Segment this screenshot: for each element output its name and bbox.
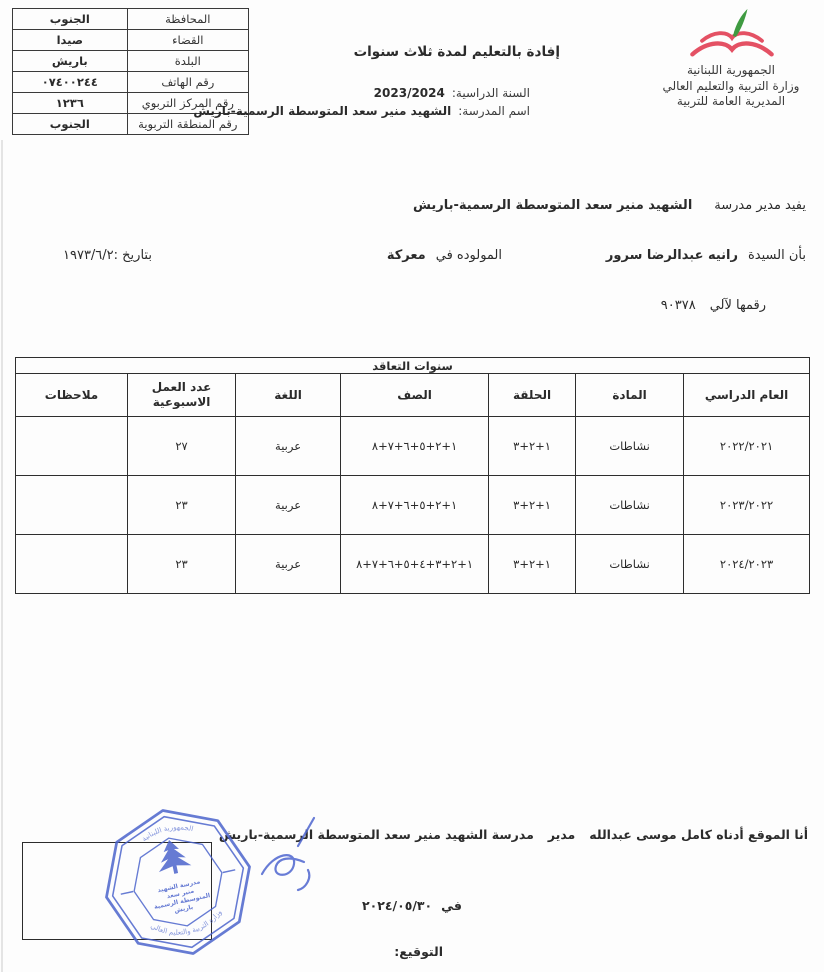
school-name-value: الشهيد منير سعد المتوسطة الرسمية-باريش	[193, 103, 451, 121]
birthplace-segment: المولوده فيمعركة	[387, 248, 502, 263]
automation-number-value: ٩٠٣٧٨	[661, 298, 696, 313]
academic-year-value: 2023/2024	[374, 85, 445, 103]
educational-area-value: الجنوب	[13, 114, 128, 135]
ministry-logo-book-leaf-icon	[688, 6, 776, 64]
table-title: سنوات التعاقد	[16, 358, 810, 374]
cell-language: عربية	[236, 476, 341, 535]
cell-notes	[16, 476, 128, 535]
handwritten-signature	[252, 812, 352, 922]
directorate-line: المديرية العامة للتربية	[640, 94, 822, 110]
cell-class: ١+٢+٣+٤+٥+٦+٧+٨	[341, 535, 489, 594]
signer-prefix: أنا الموقع أدناه كامل موسى عبدالله	[589, 827, 808, 842]
col-class: الصف	[341, 374, 489, 417]
academic-year-label: السنة الدراسية:	[452, 86, 530, 100]
signer-role: مدير	[548, 827, 575, 842]
table-header-row: العام الدراسي المادة الحلقة الصف اللغة ع…	[16, 374, 810, 417]
cell-language: عربية	[236, 535, 341, 594]
scan-artifact-line	[1, 140, 3, 972]
cell-class: ١+٢+٥+٦+٧+٨	[341, 476, 489, 535]
certify-school-name: الشهيد منير سعد المتوسطة الرسمية-باريش	[413, 198, 692, 213]
table-row: ٢٠٢٢/٢٠٢١ نشاطات ١+٢+٣ ١+٢+٥+٦+٧+٨ عربية…	[16, 417, 810, 476]
cell-subject: نشاطات	[576, 417, 684, 476]
cell-class: ١+٢+٥+٦+٧+٨	[341, 417, 489, 476]
town-label: البلدة	[127, 51, 248, 72]
cell-hours: ٢٧	[128, 417, 236, 476]
signature-label: التوقيع:	[394, 944, 443, 959]
info-row-governorate: المحافظة الجنوب	[13, 9, 249, 30]
contract-years-table: سنوات التعاقد العام الدراسي المادة الحلق…	[15, 357, 810, 594]
col-weekly-hours: عدد العمل الاسبوعية	[128, 374, 236, 417]
info-row-town: البلدة باريش	[13, 51, 249, 72]
cell-notes	[16, 417, 128, 476]
stamp-left-dash	[121, 892, 133, 895]
col-academic-year: العام الدراسي	[684, 374, 810, 417]
col-notes: ملاحظات	[16, 374, 128, 417]
cell-cycle: ١+٢+٣	[489, 417, 576, 476]
cell-cycle: ١+٢+٣	[489, 535, 576, 594]
cell-year: ٢٠٢٣/٢٠٢٢	[684, 476, 810, 535]
madam-label: بأن السيدة	[748, 248, 806, 263]
republic-line: الجمهورية اللبنانية	[640, 63, 822, 79]
scanned-certificate-document: { "info_table": { "rows": [ {"label":"ال…	[0, 0, 824, 972]
cell-year: ٢٠٢٢/٢٠٢١	[684, 417, 810, 476]
governorate-label: المحافظة	[127, 9, 248, 30]
table-title-row: سنوات التعاقد	[16, 358, 810, 374]
person-name: رانيه عبدالرضا سرور	[606, 248, 738, 263]
cell-subject: نشاطات	[576, 476, 684, 535]
cell-hours: ٢٣	[128, 535, 236, 594]
col-language: اللغة	[236, 374, 341, 417]
issue-date-line: في٢٠٢٤/٠٥/٣٠	[362, 898, 462, 913]
col-subject: المادة	[576, 374, 684, 417]
birth-place: معركة	[387, 248, 426, 263]
birthdate-label: بتاريخ :	[114, 248, 152, 263]
district-label: القضاء	[127, 30, 248, 51]
table-row: ٢٠٢٤/٢٠٢٣ نشاطات ١+٢+٣ ١+٢+٣+٤+٥+٦+٧+٨ ع…	[16, 535, 810, 594]
automation-number-label: رقمها لآلي	[710, 298, 766, 313]
cell-language: عربية	[236, 417, 341, 476]
cell-year: ٢٠٢٤/٢٠٢٣	[684, 535, 810, 594]
academic-year-line: السنة الدراسية:2023/2024	[193, 85, 530, 103]
governorate-value: الجنوب	[13, 9, 128, 30]
cell-notes	[16, 535, 128, 594]
center-number-value: ١٢٣٦	[13, 93, 128, 114]
table-row: ٢٠٢٣/٢٠٢٢ نشاطات ١+٢+٣ ١+٢+٥+٦+٧+٨ عربية…	[16, 476, 810, 535]
cedar-tree-icon	[153, 837, 193, 877]
birthdate-segment: بتاريخ :١٩٧٣/٦/٢	[63, 248, 152, 263]
stamp-right-dash	[223, 870, 235, 873]
col-cycle: الحلقة	[489, 374, 576, 417]
ministry-header-block: الجمهورية اللبنانية وزارة التربية والتعل…	[640, 63, 822, 110]
header-meta-lines: السنة الدراسية:2023/2024 اسم المدرسة:الش…	[193, 85, 530, 120]
born-label: المولوده في	[436, 248, 502, 263]
person-segment: بأن السيدةرانيه عبدالرضا سرور	[606, 248, 806, 263]
school-name-line: اسم المدرسة:الشهيد منير سعد المتوسطة الر…	[193, 103, 530, 121]
phone-value: ٠٧٤٠٠٢٤٤	[13, 72, 128, 93]
info-row-district: القضاء صيدا	[13, 30, 249, 51]
document-title: إفادة بالتعليم لمدة ثلاث سنوات	[354, 44, 560, 60]
town-value: باريش	[13, 51, 128, 72]
birthdate-value: ١٩٧٣/٦/٢	[63, 248, 114, 263]
cell-cycle: ١+٢+٣	[489, 476, 576, 535]
issue-date-label: في	[441, 898, 462, 913]
ministry-line: وزارة التربية والتعليم العالي	[640, 79, 822, 95]
school-stamp: مدرسة الشهيد منير سعد المتوسطة الرسمية ب…	[100, 804, 256, 960]
school-name-label: اسم المدرسة:	[458, 104, 530, 118]
automation-number-line: رقمها لآلي٩٠٣٧٨	[661, 298, 766, 313]
cell-hours: ٢٣	[128, 476, 236, 535]
certify-line: يفيد مدير مدرسةالشهيد منير سعد المتوسطة …	[413, 198, 806, 213]
cell-subject: نشاطات	[576, 535, 684, 594]
certify-label: يفيد مدير مدرسة	[714, 198, 806, 213]
district-value: صيدا	[13, 30, 128, 51]
issue-date-value: ٢٠٢٤/٠٥/٣٠	[362, 898, 432, 913]
